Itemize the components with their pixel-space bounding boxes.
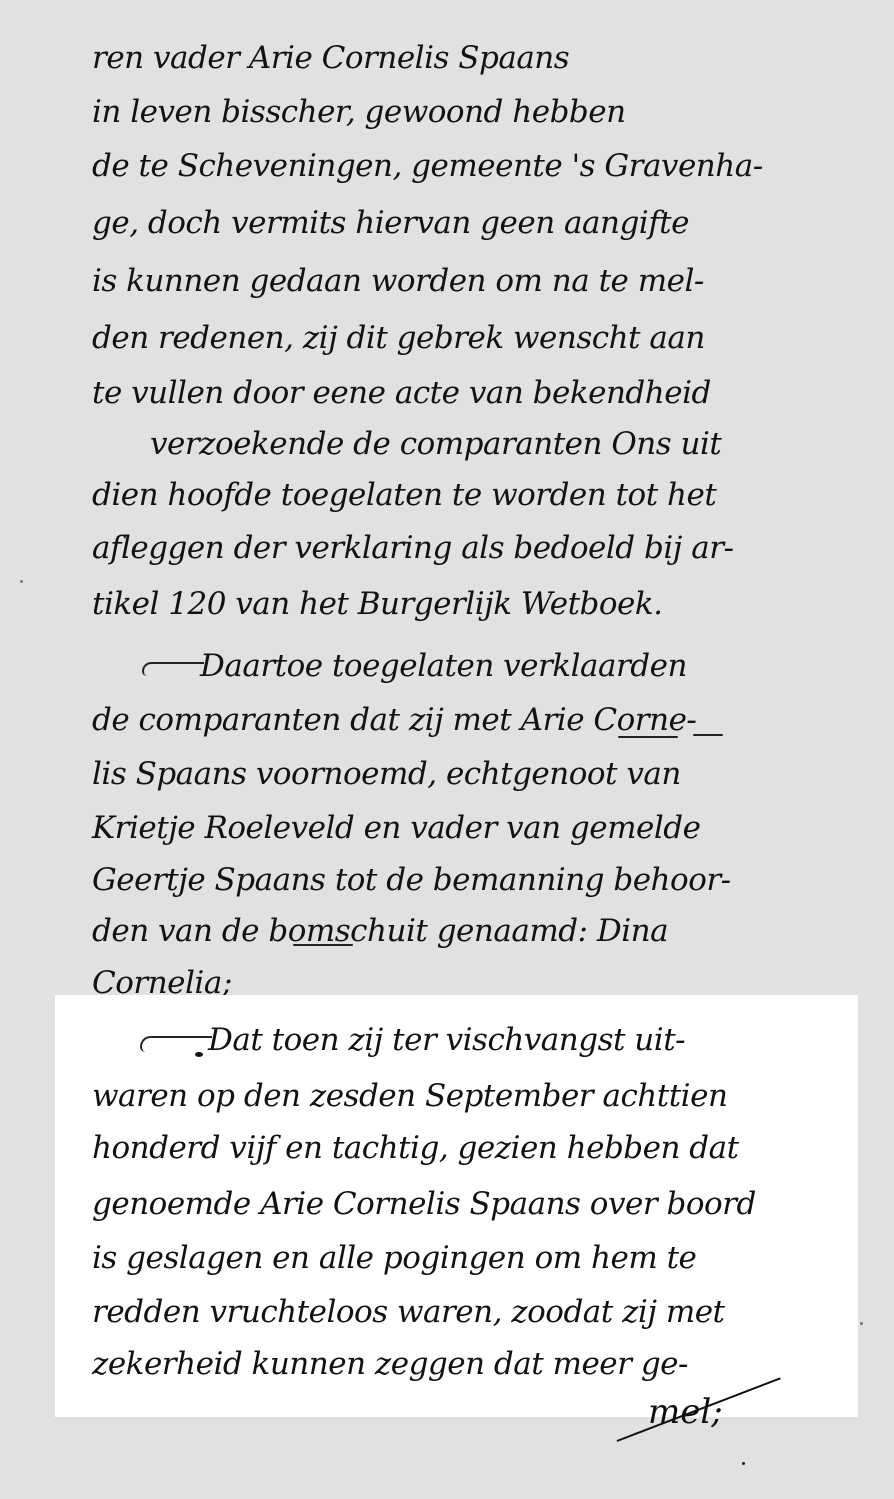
text-line-6: den redenen, zij dit gebrek wenscht aan <box>92 318 705 358</box>
text-line-10: afleggen der verklaring als bedoeld bij … <box>92 528 734 568</box>
text-line-3: de te Scheveningen, gemeente 's Gravenha… <box>92 146 763 186</box>
scan-speck <box>742 1462 745 1465</box>
highlight-line-7: zekerheid kunnen zeggen dat meer ge- <box>92 1344 688 1384</box>
paragraph-flourish <box>140 1036 212 1052</box>
name-underline <box>618 736 678 738</box>
text-line-13: de comparanten dat zij met Arie Corne- <box>92 700 696 740</box>
highlight-line-1: Dat toen zij ter vischvangst uit- <box>208 1020 685 1060</box>
text-line-14: lis Spaans voornoemd, echtgenoot van <box>92 754 681 794</box>
text-line-15: Krietje Roeleveld en vader van gemelde <box>92 808 700 848</box>
highlight-line-5: is geslagen en alle pogingen om hem te <box>92 1238 696 1278</box>
ink-blot <box>195 1052 203 1057</box>
highlight-line-4: genoemde Arie Cornelis Spaans over boord <box>92 1184 756 1224</box>
document-page: ren vader Arie Cornelis Spaans in leven … <box>0 0 894 1499</box>
text-line-8: verzoekende de comparanten Ons uit <box>150 424 721 464</box>
text-line-4: ge, doch vermits hiervan geen aangifte <box>92 203 689 243</box>
text-line-1: ren vader Arie Cornelis Spaans <box>92 38 569 78</box>
name-underline <box>693 734 723 736</box>
scan-speck <box>860 1322 863 1325</box>
highlight-line-2: waren op den zesden September achttien <box>92 1076 727 1116</box>
text-line-17: den van de bomschuit genaamd: Dina <box>92 911 668 951</box>
text-line-7: te vullen door eene acte van bekendheid <box>92 373 711 413</box>
highlight-line-3: honderd vijf en tachtig, gezien hebben d… <box>92 1128 739 1168</box>
text-line-12: Daartoe toegelaten verklaarden <box>200 646 687 686</box>
ship-name-underline <box>293 944 353 946</box>
paragraph-flourish <box>142 662 204 676</box>
text-line-5: is kunnen gedaan worden om na te mel- <box>92 261 704 301</box>
text-line-11: tikel 120 van het Burgerlijk Wetboek. <box>92 584 663 624</box>
text-line-16: Geertje Spaans tot de bemanning behoor- <box>92 860 731 900</box>
scan-speck <box>20 580 23 583</box>
text-line-9: dien hoofde toegelaten te worden tot het <box>92 475 716 515</box>
text-line-2: in leven bisscher, gewoond hebben <box>92 92 626 132</box>
highlight-line-6: redden vruchteloos waren, zoodat zij met <box>92 1292 725 1332</box>
signature: mel; <box>648 1392 723 1432</box>
